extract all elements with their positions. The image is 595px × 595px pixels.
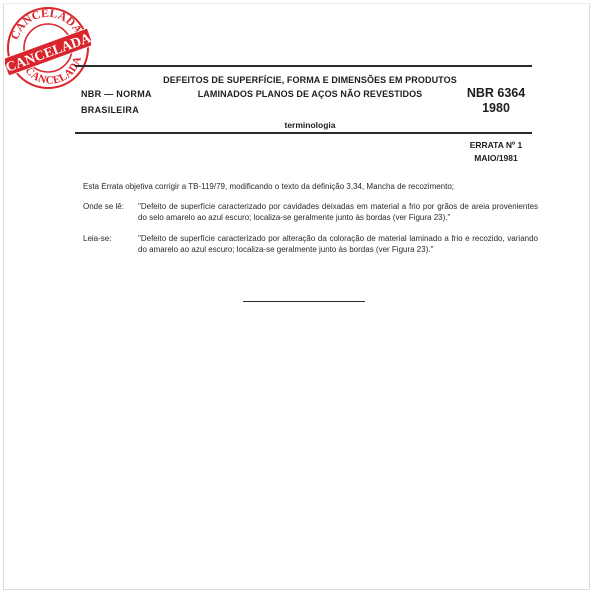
org-line-2: BRASILEIRA: [81, 102, 152, 118]
header-top-rule: [75, 65, 532, 67]
cancelada-stamp: CANCELADA CANCELADA CANCELADA: [5, 5, 91, 91]
entry-label: Leia-se:: [83, 233, 138, 244]
title-line-2: LAMINADOS PLANOS DE AÇOS NÃO REVESTIDOS: [160, 87, 460, 101]
title-line-1: DEFEITOS DE SUPERFÍCIE, FORMA E DIMENSÕE…: [160, 73, 460, 87]
intro-paragraph: Esta Errata objetiva corrigir a TB-119/7…: [83, 181, 533, 192]
document-subtitle: terminologia: [160, 120, 460, 130]
standard-year: 1980: [460, 101, 532, 116]
stamp-icon: CANCELADA CANCELADA CANCELADA: [5, 5, 91, 91]
standard-id: NBR 6364 1980: [460, 86, 532, 116]
correction-entry-original: Onde se lê: "Defeito de superfície carac…: [83, 201, 543, 225]
entry-text: "Defeito de superfície caracterizado por…: [138, 233, 538, 255]
organization-label: NBR — NORMA BRASILEIRA: [81, 86, 152, 118]
entry-text: "Defeito de superfície caracterizado por…: [138, 201, 538, 223]
standard-code: NBR 6364: [460, 86, 532, 101]
errata-date: MAIO/1981: [460, 152, 532, 165]
errata-info: ERRATA Nº 1 MAIO/1981: [460, 139, 532, 165]
entry-label: Onde se lê:: [83, 201, 138, 212]
correction-entry-corrected: Leia-se: "Defeito de superfície caracter…: [83, 233, 543, 257]
errata-number: ERRATA Nº 1: [460, 139, 532, 152]
document-title: DEFEITOS DE SUPERFÍCIE, FORMA E DIMENSÕE…: [160, 73, 460, 101]
org-line-1: NBR — NORMA: [81, 86, 152, 102]
header-bottom-rule: [75, 132, 532, 134]
end-rule: [243, 301, 365, 302]
